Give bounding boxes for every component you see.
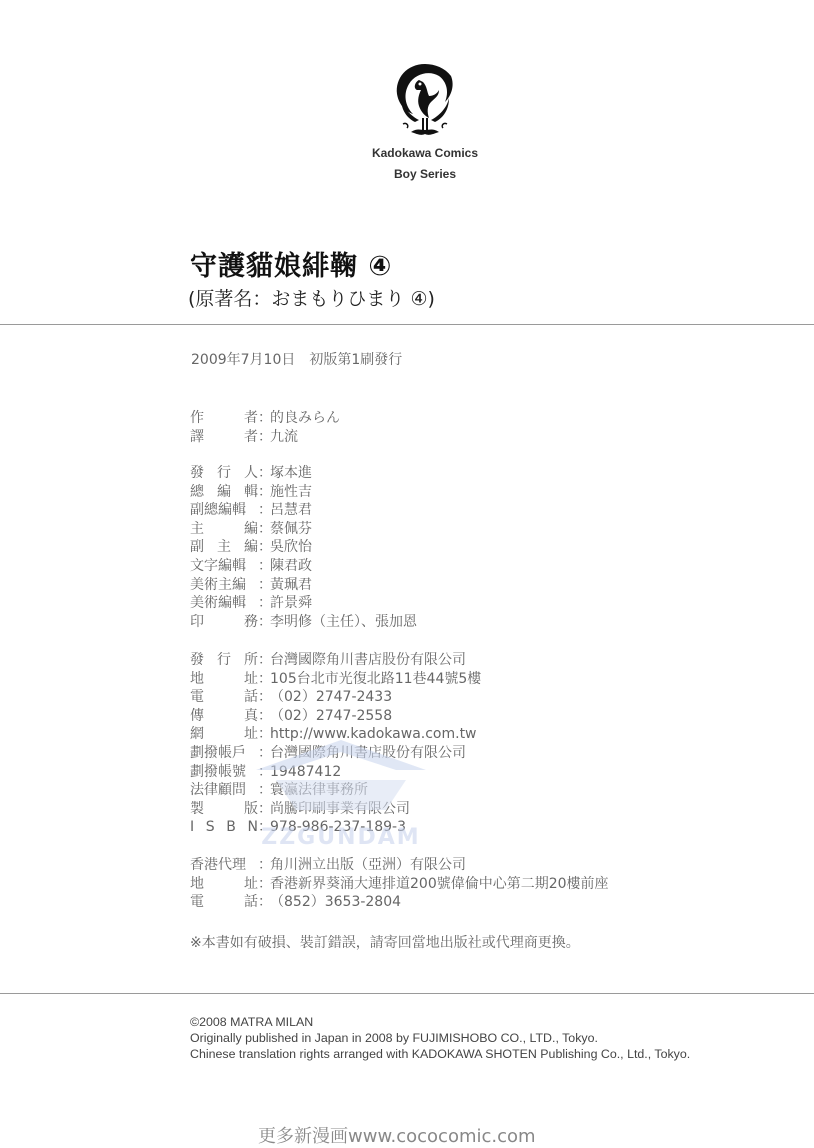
row-colon: ：: [258, 613, 270, 632]
row-colon: ：: [258, 538, 270, 557]
publisher-row: 網址：http://www.kadokawa.com.tw: [190, 725, 481, 744]
publisher-row: 發行所：台灣國際角川書店股份有限公司: [190, 651, 481, 670]
row-label: 傳真: [190, 707, 258, 726]
row-value: （02）2747-2558: [270, 707, 392, 726]
row-colon: ：: [258, 763, 270, 782]
publisher-row: ISBN：978-986-237-189-3: [190, 818, 481, 837]
row-colon: ：: [258, 744, 270, 763]
phoenix-emblem-icon: [389, 60, 461, 140]
row-label: 地址: [190, 670, 258, 689]
row-colon: ：: [258, 856, 270, 875]
logo-line-2: Boy Series: [360, 167, 490, 182]
copyright-line-1: ©2008 MATRA MILAN: [190, 1014, 690, 1030]
row-colon: ：: [258, 409, 270, 428]
edition-date: 2009年7月10日 初版第1刷發行: [191, 349, 402, 369]
row-value: 李明修（主任）、張加恩: [270, 613, 417, 632]
row-value: 施性吉: [270, 483, 312, 502]
credits-block: 作者：的良みらん譯者：九流: [190, 409, 340, 446]
staff-row: 美術主編：黃珮君: [190, 576, 417, 595]
copyright-line-2: Originally published in Japan in 2008 by…: [190, 1030, 690, 1046]
row-value: 寰瀛法律事務所: [270, 781, 368, 800]
site-footer-link[interactable]: 更多新漫画www.cococomic.com: [258, 1122, 536, 1148]
row-label: ISBN: [190, 818, 258, 837]
row-value: 陳君政: [270, 557, 312, 576]
publisher-row: 劃撥帳戶：台灣國際角川書店股份有限公司: [190, 744, 481, 763]
row-label: 文字編輯: [190, 557, 258, 576]
staff-row: 副主編：吳欣怡: [190, 538, 417, 557]
publisher-row: 電話：（02）2747-2433: [190, 688, 481, 707]
row-value: 19487412: [270, 763, 341, 782]
row-colon: ：: [258, 725, 270, 744]
row-value: 的良みらん: [270, 409, 340, 428]
row-label: 總編輯: [190, 483, 258, 502]
row-label: 地址: [190, 875, 258, 894]
row-label: 電話: [190, 688, 258, 707]
logo-line-1: Kadokawa Comics: [360, 146, 490, 161]
row-label: 網址: [190, 725, 258, 744]
staff-row: 美術編輯：許景舜: [190, 594, 417, 613]
row-value: 塚本進: [270, 464, 312, 483]
row-label: 劃撥帳戶: [190, 744, 258, 763]
copyright-line-3: Chinese translation rights arranged with…: [190, 1046, 690, 1062]
row-value: 105台北市光復北路11巷44號5樓: [270, 670, 481, 689]
copyright-block: ©2008 MATRA MILAN Originally published i…: [190, 1014, 690, 1062]
row-value: 香港新界葵涌大連排道200號偉倫中心第二期20樓前座: [270, 875, 609, 894]
row-value: 九流: [270, 428, 298, 447]
row-colon: ：: [258, 576, 270, 595]
row-value: 台灣國際角川書店股份有限公司: [270, 744, 466, 763]
row-value: （02）2747-2433: [270, 688, 392, 707]
row-value: 黃珮君: [270, 576, 312, 595]
staff-row: 印務：李明修（主任）、張加恩: [190, 613, 417, 632]
row-label: 副主編: [190, 538, 258, 557]
credits-row: 作者：的良みらん: [190, 409, 340, 428]
row-colon: ：: [258, 594, 270, 613]
row-label: 發行所: [190, 651, 258, 670]
original-title: (原著名：おまもりひまり ④): [188, 284, 435, 311]
row-label: 劃撥帳號: [190, 763, 258, 782]
row-colon: ：: [258, 501, 270, 520]
staff-row: 總編輯：施性吉: [190, 483, 417, 502]
row-colon: ：: [258, 557, 270, 576]
divider-top: [0, 324, 814, 325]
row-label: 電話: [190, 893, 258, 912]
row-colon: ：: [258, 707, 270, 726]
damage-notice: ※本書如有破損、裝訂錯誤，請寄回當地出版社或代理商更換。: [190, 932, 580, 952]
divider-bottom: [0, 993, 814, 994]
row-colon: ：: [258, 893, 270, 912]
row-value: 978-986-237-189-3: [270, 818, 406, 837]
row-value: 吳欣怡: [270, 538, 312, 557]
publisher-row: 製版：尚騰印刷事業有限公司: [190, 800, 481, 819]
hongkong-row: 地址：香港新界葵涌大連排道200號偉倫中心第二期20樓前座: [190, 875, 609, 894]
row-label: 主編: [190, 520, 258, 539]
row-colon: ：: [258, 781, 270, 800]
row-value: 台灣國際角川書店股份有限公司: [270, 651, 466, 670]
staff-row: 文字編輯：陳君政: [190, 557, 417, 576]
row-colon: ：: [258, 670, 270, 689]
row-label: 印務: [190, 613, 258, 632]
row-value: 許景舜: [270, 594, 312, 613]
row-label: 發行人: [190, 464, 258, 483]
staff-row: 發行人：塚本進: [190, 464, 417, 483]
row-label: 美術主編: [190, 576, 258, 595]
row-value: 呂慧君: [270, 501, 312, 520]
staff-row: 副總編輯：呂慧君: [190, 501, 417, 520]
row-colon: ：: [258, 483, 270, 502]
row-label: 副總編輯: [190, 501, 258, 520]
row-label: 香港代理: [190, 856, 258, 875]
row-value: （852）3653-2804: [270, 893, 401, 912]
publisher-row: 法律顧問：寰瀛法律事務所: [190, 781, 481, 800]
hongkong-block: 香港代理：角川洲立出版（亞洲）有限公司地址：香港新界葵涌大連排道200號偉倫中心…: [190, 856, 609, 912]
publisher-logo: Kadokawa Comics Boy Series: [360, 60, 490, 182]
hongkong-row: 香港代理：角川洲立出版（亞洲）有限公司: [190, 856, 609, 875]
row-colon: ：: [258, 818, 270, 837]
row-colon: ：: [258, 800, 270, 819]
row-colon: ：: [258, 651, 270, 670]
staff-row: 主編：蔡佩芬: [190, 520, 417, 539]
row-label: 法律顧問: [190, 781, 258, 800]
credits-row: 譯者：九流: [190, 428, 340, 447]
publisher-block: 發行所：台灣國際角川書店股份有限公司地址：105台北市光復北路11巷44號5樓電…: [190, 651, 481, 837]
row-label: 作者: [190, 409, 258, 428]
row-colon: ：: [258, 520, 270, 539]
row-label: 美術編輯: [190, 594, 258, 613]
row-value: http://www.kadokawa.com.tw: [270, 725, 477, 744]
book-title: 守護貓娘緋鞠 ④: [190, 244, 392, 283]
row-label: 譯者: [190, 428, 258, 447]
row-colon: ：: [258, 688, 270, 707]
row-value: 角川洲立出版（亞洲）有限公司: [270, 856, 466, 875]
row-colon: ：: [258, 875, 270, 894]
staff-block: 發行人：塚本進總編輯：施性吉副總編輯：呂慧君主編：蔡佩芬副主編：吳欣怡文字編輯：…: [190, 464, 417, 631]
hongkong-row: 電話：（852）3653-2804: [190, 893, 609, 912]
row-value: 蔡佩芬: [270, 520, 312, 539]
row-label: 製版: [190, 800, 258, 819]
publisher-row: 劃撥帳號：19487412: [190, 763, 481, 782]
row-value: 尚騰印刷事業有限公司: [270, 800, 410, 819]
row-colon: ：: [258, 464, 270, 483]
publisher-row: 傳真：（02）2747-2558: [190, 707, 481, 726]
publisher-row: 地址：105台北市光復北路11巷44號5樓: [190, 670, 481, 689]
row-colon: ：: [258, 428, 270, 447]
